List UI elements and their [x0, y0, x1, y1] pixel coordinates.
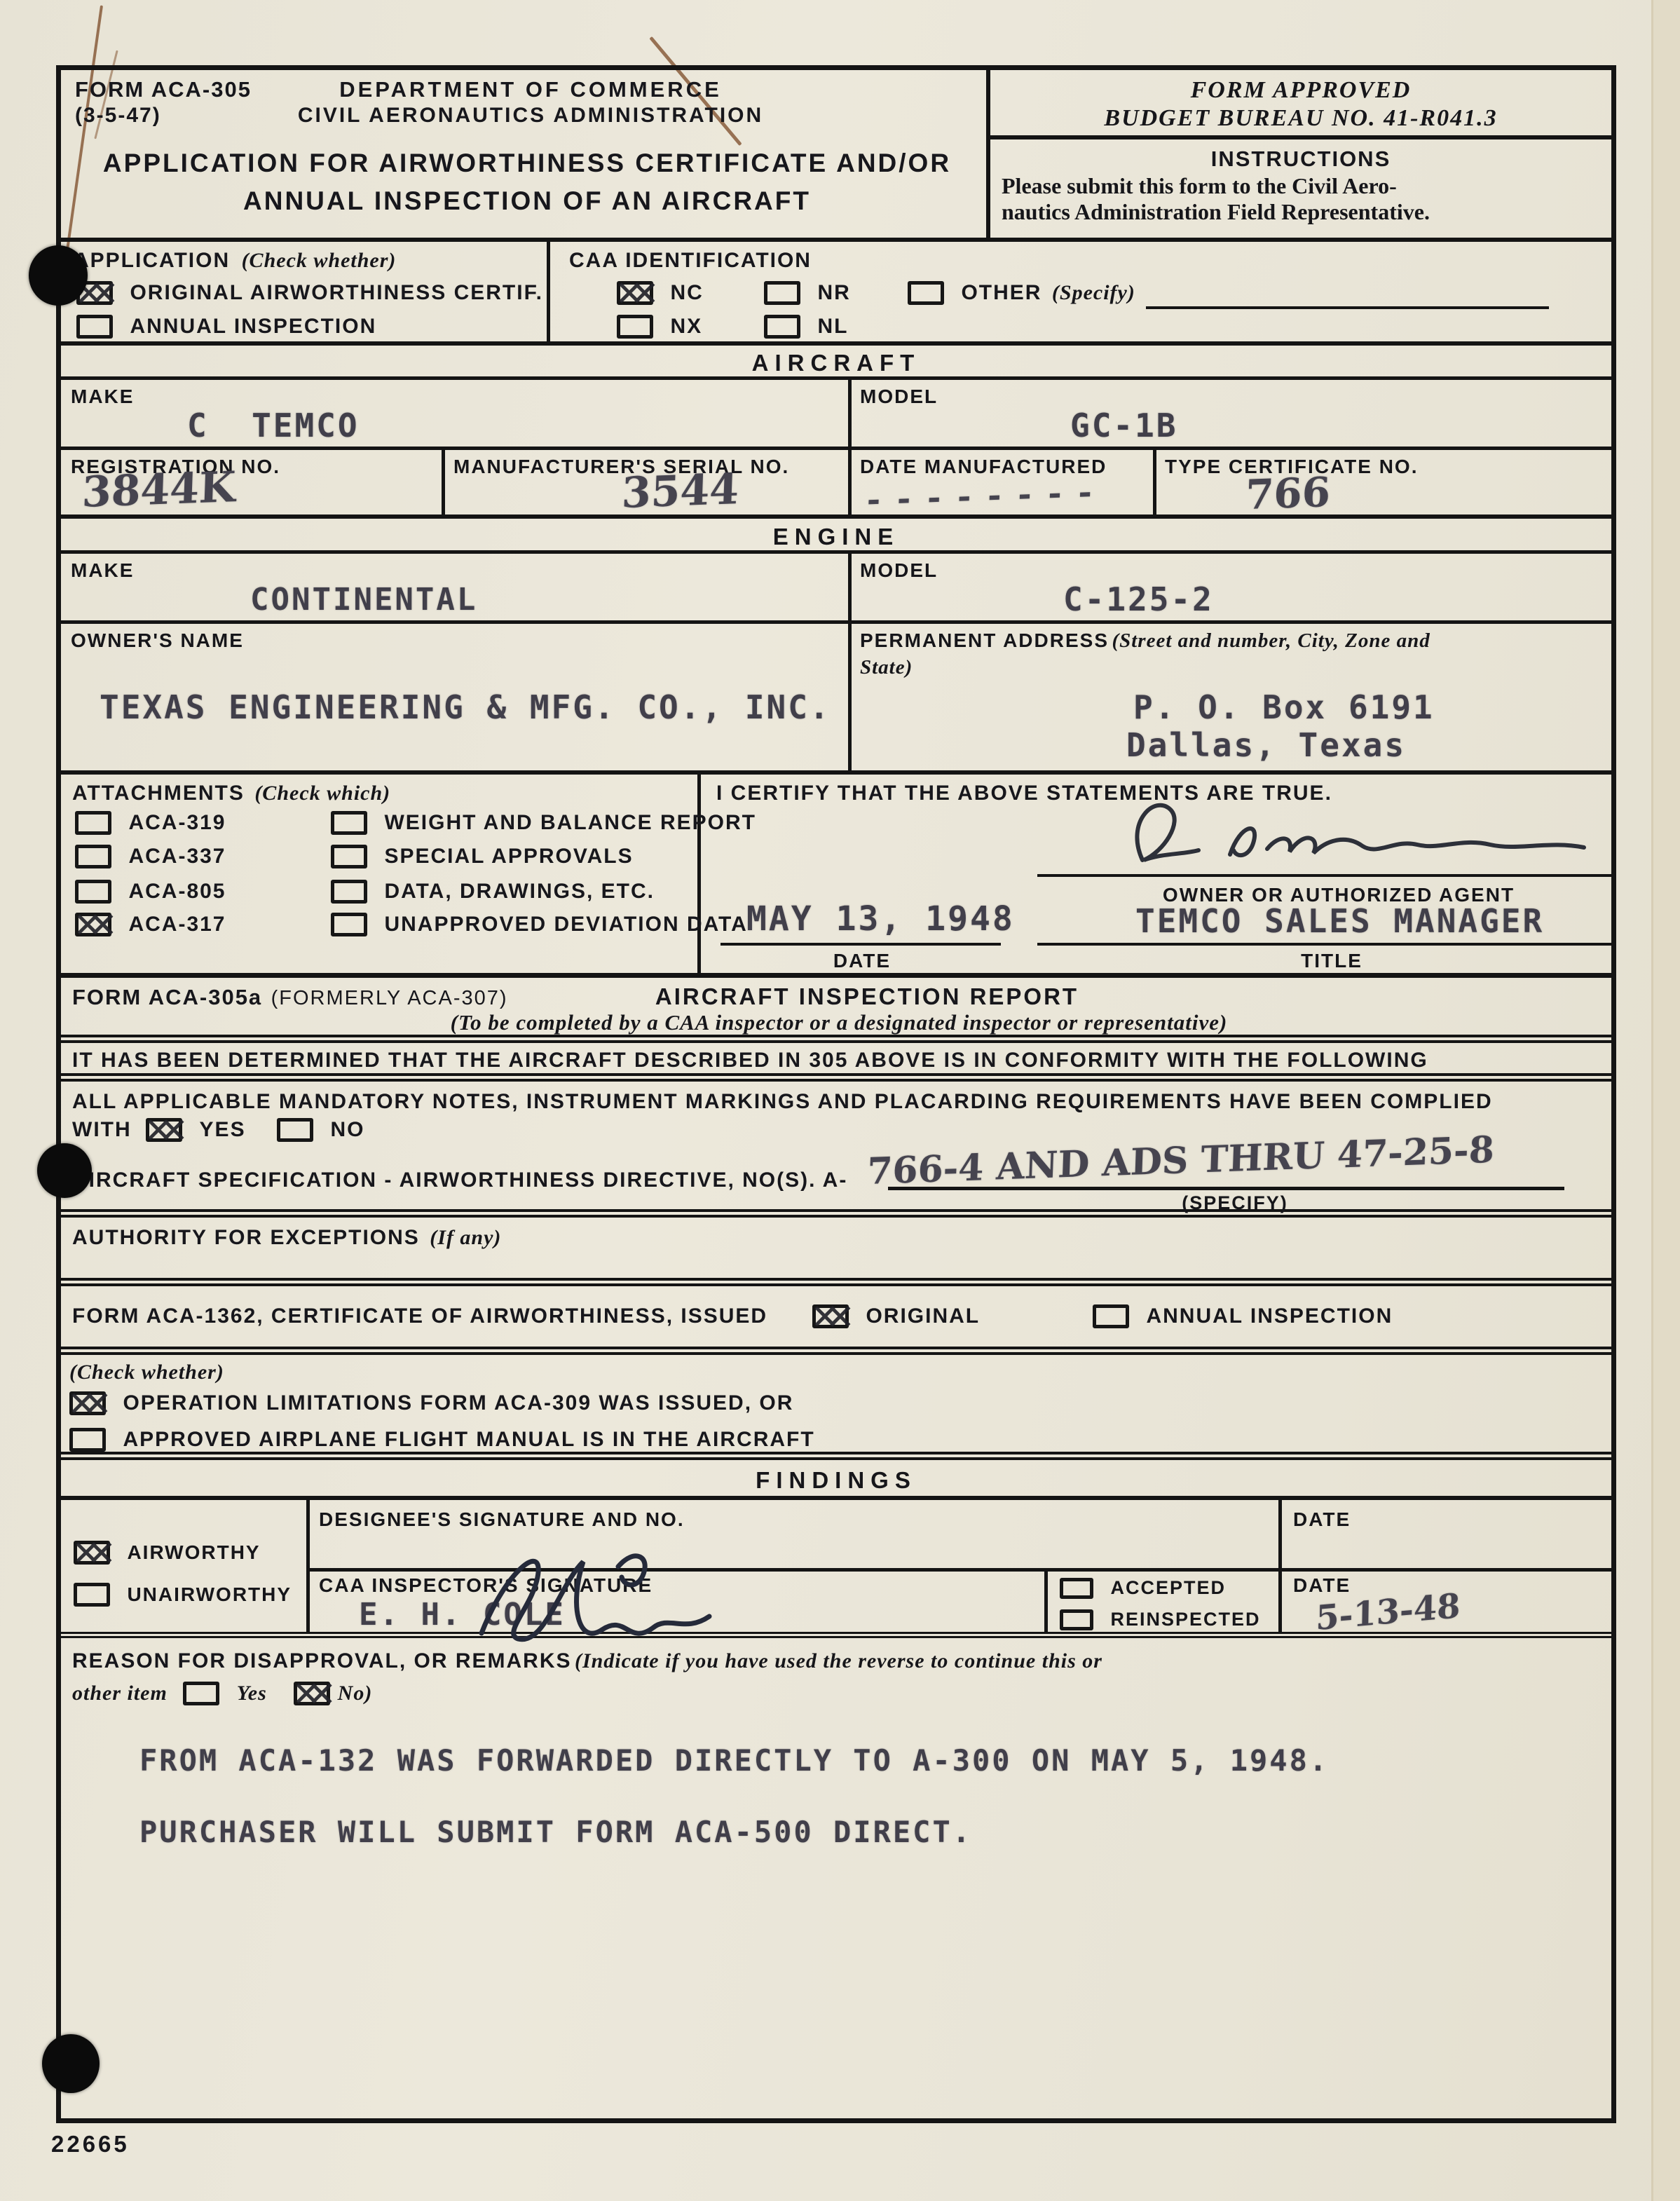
findings-title: FINDINGS	[61, 1467, 1611, 1494]
nr-label: NR	[817, 281, 850, 305]
page-title: APPLICATION FOR AIRWORTHINESS CERTIFICAT…	[75, 149, 979, 216]
issued-original-label: ORIGINAL	[866, 1304, 980, 1328]
checkbox-data-drawings	[331, 880, 367, 904]
checkbox-unairworthy	[74, 1583, 110, 1607]
budget-bureau-number: BUDGET BUREAU NO. 41-R041.3	[990, 105, 1611, 132]
checkbox-aca-337	[75, 845, 111, 868]
divider	[1044, 1568, 1048, 1632]
date-line	[721, 943, 1001, 946]
checkbox-aca-805	[75, 880, 111, 904]
airworthy-label: AIRWORTHY	[127, 1541, 260, 1564]
form-border: FORM ACA-305 (3-5-47) DEPARTMENT OF COMM…	[56, 65, 1616, 2123]
inspector-signature	[453, 1528, 748, 1661]
checkbox-issued-annual	[1093, 1304, 1129, 1328]
engine-section-header: ENGINE	[61, 519, 1611, 554]
unapproved-deviation-label: UNAPPROVED DEVIATION DATA	[384, 913, 747, 936]
reverse-yes-label: Yes	[237, 1682, 267, 1705]
checkbox-airworthy	[74, 1541, 110, 1565]
divider	[1278, 1500, 1282, 1632]
specify-line	[888, 1187, 1564, 1190]
remarks-line1: FROM ACA-132 WAS FORWARDED DIRECTLY TO A…	[139, 1743, 1329, 1778]
remarks-line2: PURCHASER WILL SUBMIT FORM ACA-500 DIREC…	[139, 1815, 972, 1849]
complied-no-label: NO	[330, 1118, 364, 1142]
date-manufactured-value: - - - - - - - -	[866, 472, 1095, 518]
divider	[848, 554, 852, 620]
divider	[442, 450, 445, 515]
findings-table: AIRWORTHY UNAIRWORTHY DESIGNEE'S SIGNATU…	[61, 1500, 1611, 1638]
divider	[848, 450, 852, 515]
punch-hole-bottom	[42, 2034, 100, 2093]
remarks-hint-line2: other item	[72, 1682, 168, 1705]
nl-label: NL	[817, 315, 848, 339]
checkbox-reverse-no	[294, 1682, 330, 1705]
data-drawings-label: DATA, DRAWINGS, ETC.	[384, 880, 655, 904]
engine-make-model-row: MAKE CONTINENTAL MODEL C-125-2	[61, 554, 1611, 624]
title-line1: APPLICATION FOR AIRWORTHINESS CERTIFICAT…	[75, 149, 979, 178]
engine-title: ENGINE	[61, 524, 1611, 550]
attachments-hint: (Check which)	[254, 782, 390, 805]
scanned-form-page: FORM ACA-305 (3-5-47) DEPARTMENT OF COMM…	[0, 0, 1680, 2201]
aircraft-registration-row: REGISTRATION NO. 3844K MANUFACTURER'S SE…	[61, 450, 1611, 519]
checkbox-complied-no	[277, 1118, 313, 1142]
aircraft-make-model-row: MAKE C TEMCO MODEL GC-1B	[61, 380, 1611, 450]
accepted-label: ACCEPTED	[1110, 1577, 1226, 1599]
punch-hole-middle	[37, 1143, 92, 1198]
certification-title-value: TEMCO SALES MANAGER	[1135, 902, 1544, 940]
application-label: APPLICATION	[74, 249, 230, 272]
specify-hint: (SPECIFY)	[1112, 1192, 1358, 1214]
attachments-certification-row: ATTACHMENTS (Check which) ACA-319 ACA-33…	[61, 775, 1611, 978]
instructions-title: INSTRUCTIONS	[990, 146, 1611, 172]
serial-number-value: 3544	[621, 465, 739, 518]
reverse-no-label: No)	[338, 1682, 373, 1705]
caa-identification-cell: CAA IDENTIFICATION NC NR OTHER (Specify)	[554, 242, 1611, 341]
application-section: APPLICATION (Check whether) ORIGINAL AIR…	[61, 242, 1611, 346]
caa-identification-label: CAA IDENTIFICATION	[569, 249, 812, 273]
checkbox-nx	[617, 315, 653, 339]
report-subtitle: (To be completed by a CAA inspector or a…	[145, 1010, 1533, 1035]
aircraft-make-label: MAKE	[71, 386, 134, 408]
aircraft-title: AIRCRAFT	[61, 350, 1611, 376]
flight-manual-label: APPROVED AIRPLANE FLIGHT MANUAL IS IN TH…	[123, 1428, 814, 1452]
original-airworthiness-label: ORIGINAL AIRWORTHINESS CERTIF.	[130, 281, 542, 305]
application-hint: (Check whether)	[242, 249, 397, 272]
aca-805-label: ACA-805	[128, 880, 226, 904]
form-revision-date: (3-5-47)	[75, 104, 161, 128]
remarks-section: REASON FOR DISAPPROVAL, OR REMARKS (Indi…	[61, 1638, 1611, 2118]
other-specify-hint: (Specify)	[1052, 281, 1135, 304]
compliance-text: ALL APPLICABLE MANDATORY NOTES, INSTRUME…	[72, 1090, 1493, 1114]
checkbox-flight-manual	[69, 1428, 106, 1452]
owner-name-value: TEXAS ENGINEERING & MFG. CO., INC.	[100, 688, 831, 726]
complied-yes-label: YES	[200, 1118, 246, 1142]
owner-signature	[1093, 790, 1598, 878]
instructions-box: INSTRUCTIONS Please submit this form to …	[990, 144, 1611, 238]
approval-instructions-box: FORM APPROVED BUDGET BUREAU NO. 41-R041.…	[986, 70, 1611, 238]
checkbox-issued-original	[812, 1304, 849, 1328]
check-whether-hint: (Check whether)	[69, 1361, 224, 1384]
nc-label: NC	[670, 281, 703, 305]
divider	[306, 1500, 310, 1632]
checkbox-reinspected	[1060, 1609, 1093, 1630]
punch-hole-top	[29, 245, 88, 306]
owner-row: OWNER'S NAME TEXAS ENGINEERING & MFG. CO…	[61, 624, 1611, 775]
authority-exceptions-row: AUTHORITY FOR EXCEPTIONS (If any)	[61, 1218, 1611, 1286]
agency-line1: DEPARTMENT OF COMMERCE	[264, 77, 797, 102]
aircraft-model-value: GC-1B	[1070, 407, 1177, 444]
issued-annual-label: ANNUAL INSPECTION	[1146, 1304, 1393, 1328]
checkbox-operation-limitations	[69, 1391, 106, 1415]
certification-date-value: MAY 13, 1948	[746, 899, 1015, 939]
form-number: FORM ACA-305	[75, 77, 252, 102]
owner-address-line1: P. O. Box 6191	[1133, 688, 1435, 726]
application-cell: APPLICATION (Check whether) ORIGINAL AIR…	[61, 242, 550, 341]
compliance-spec-row: ALL APPLICABLE MANDATORY NOTES, INSTRUME…	[61, 1082, 1611, 1218]
inspection-report-header: FORM ACA-305a (FORMERLY ACA-307) AIRCRAF…	[61, 978, 1611, 1043]
owner-address-hint2: State)	[860, 656, 913, 679]
title-line2: ANNUAL INSPECTION OF AN AIRCRAFT	[75, 186, 979, 216]
agency-line2: CIVIL AERONAUTICS ADMINISTRATION	[264, 104, 797, 128]
aca-319-label: ACA-319	[128, 811, 226, 835]
determination-row: IT HAS BEEN DETERMINED THAT THE AIRCRAFT…	[61, 1043, 1611, 1082]
registration-value: 3844K	[81, 463, 236, 517]
checkbox-nc	[617, 281, 653, 305]
divider	[848, 624, 852, 770]
instructions-line1: Please submit this form to the Civil Aer…	[1002, 173, 1611, 199]
checkbox-other	[908, 281, 944, 305]
nx-label: NX	[670, 315, 702, 339]
operation-limitations-label: OPERATION LIMITATIONS FORM ACA-309 WAS I…	[123, 1391, 793, 1415]
aca-317-label: ACA-317	[128, 913, 226, 936]
aca-1362-row: FORM ACA-1362, CERTIFICATE OF AIRWORTHIN…	[61, 1286, 1611, 1355]
document-serial-number: 22665	[51, 2131, 130, 2158]
findings-section-header: FINDINGS	[61, 1460, 1611, 1500]
engine-model-value: C-125-2	[1063, 580, 1214, 618]
owner-name-label: OWNER'S NAME	[71, 629, 244, 652]
with-label: WITH	[72, 1118, 132, 1141]
signature-line	[1037, 874, 1616, 877]
checkbox-weight-balance	[331, 811, 367, 835]
aircraft-specification-label: AIRCRAFT SPECIFICATION - AIRWORTHINESS D…	[72, 1168, 847, 1192]
aircraft-model-label: MODEL	[860, 386, 938, 408]
checkbox-special-approvals	[331, 845, 367, 868]
certification-date-label: DATE	[743, 950, 981, 972]
determination-text: IT HAS BEEN DETERMINED THAT THE AIRCRAFT…	[72, 1049, 1428, 1072]
inspector-date-label: DATE	[1293, 1574, 1351, 1597]
owner-address-label: PERMANENT ADDRESS	[860, 629, 1109, 651]
engine-make-label: MAKE	[71, 559, 134, 582]
aca-1362-label: FORM ACA-1362, CERTIFICATE OF AIRWORTHIN…	[72, 1304, 767, 1328]
attachments-label: ATTACHMENTS	[72, 782, 245, 805]
authority-hint: (If any)	[430, 1226, 501, 1249]
annual-inspection-label: ANNUAL INSPECTION	[130, 315, 376, 339]
checkbox-aca-319	[75, 811, 111, 835]
certification-title-label: TITLE	[1191, 950, 1472, 972]
form-approved-box: FORM APPROVED BUDGET BUREAU NO. 41-R041.…	[990, 70, 1611, 139]
authority-label: AUTHORITY FOR EXCEPTIONS	[72, 1226, 420, 1249]
divider	[848, 380, 852, 447]
form-approved-line: FORM APPROVED	[990, 77, 1611, 104]
airworthiness-directive-value: 766-4 AND ADS THRU 47-25-8	[866, 1131, 1428, 1193]
scan-edge	[1651, 0, 1680, 2201]
instructions-line2: nautics Administration Field Representat…	[1002, 199, 1611, 225]
reinspected-label: REINSPECTED	[1110, 1609, 1260, 1630]
designee-date-label: DATE	[1293, 1508, 1351, 1531]
type-certificate-value: 766	[1245, 468, 1331, 519]
check-whether-row: (Check whether) OPERATION LIMITATIONS FO…	[61, 1355, 1611, 1460]
checkbox-complied-yes	[146, 1118, 182, 1142]
aircraft-section-header: AIRCRAFT	[61, 346, 1611, 380]
checkbox-aca-317	[75, 913, 111, 936]
owner-address-hint1: (Street and number, City, Zone and	[1112, 629, 1430, 652]
checkbox-nr	[764, 281, 800, 305]
title-line	[1037, 943, 1616, 946]
engine-model-label: MODEL	[860, 559, 938, 582]
checkbox-unapproved-deviation	[331, 913, 367, 936]
report-title: AIRCRAFT INSPECTION REPORT	[552, 983, 1182, 1010]
checkbox-reverse-yes	[183, 1682, 219, 1705]
unairworthy-label: UNAIRWORTHY	[127, 1583, 292, 1606]
divider	[1153, 450, 1156, 515]
other-specify-line	[1146, 306, 1549, 309]
aca-337-label: ACA-337	[128, 845, 226, 868]
paper-crease	[1651, 0, 1653, 2201]
report-form-ref: FORM ACA-305a	[72, 985, 262, 1009]
other-label: OTHER	[961, 281, 1042, 305]
certification-cell: I CERTIFY THAT THE ABOVE STATEMENTS ARE …	[701, 775, 1611, 973]
owner-address-line2: Dallas, Texas	[1126, 726, 1406, 764]
aircraft-make-value: C TEMCO	[187, 407, 360, 444]
report-former-ref: (FORMERLY ACA-307)	[271, 987, 508, 1009]
engine-make-value: CONTINENTAL	[250, 582, 477, 618]
checkbox-accepted	[1060, 1578, 1093, 1599]
checkbox-nl	[764, 315, 800, 339]
agency-name: DEPARTMENT OF COMMERCE CIVIL AERONAUTICS…	[264, 77, 797, 128]
special-approvals-label: SPECIAL APPROVALS	[384, 845, 633, 868]
checkbox-annual-inspection	[76, 315, 113, 339]
form-header: FORM ACA-305 (3-5-47) DEPARTMENT OF COMM…	[61, 70, 1611, 242]
